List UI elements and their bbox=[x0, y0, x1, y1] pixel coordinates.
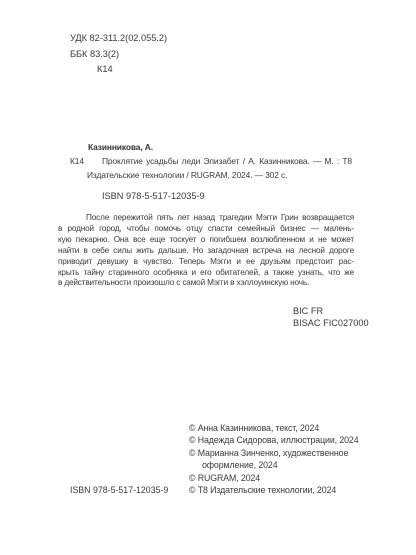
subject-codes: BIC FR BISAC FIC027000 bbox=[293, 305, 369, 330]
annotation-paragraph: После пережитой пять лет назад трагедии … bbox=[58, 213, 354, 289]
copyright-item: © Надежда Сидорова, иллюстрации, 2024 bbox=[189, 434, 399, 446]
record-author-heading: Казинникова, А. bbox=[70, 140, 352, 154]
copyright-item-continuation: оформление, 2024 bbox=[189, 459, 399, 471]
copyright-list: © Анна Казинникова, текст, 2024 © Надежд… bbox=[189, 422, 399, 496]
annotation-line: После пережитой пять лет назад трагедии … bbox=[58, 213, 354, 224]
classification-block: УДК 82-311.2(02.055.2) ББК 83.3(2) К14 bbox=[70, 31, 167, 78]
record-title-line: К14 Проклятие усадьбы леди Элизабет / А.… bbox=[70, 154, 352, 168]
bic-code: BIC FR bbox=[293, 305, 369, 317]
author-sign: К14 bbox=[70, 62, 167, 78]
record-continuation-line: Издательские технологии / RUGRAM, 2024. … bbox=[70, 168, 352, 182]
copyright-item: © Марианна Зинченко, художественное bbox=[189, 447, 399, 459]
bisac-code: BISAC FIC027000 bbox=[293, 317, 369, 329]
annotation-line: в родной город, чтобы помочь отцу спасти… bbox=[58, 224, 354, 235]
udk-code: УДК 82-311.2(02.055.2) bbox=[70, 31, 167, 47]
annotation-line: найти в себе силы жить дальше. Но загадо… bbox=[58, 246, 354, 257]
record-author-sign: К14 bbox=[70, 154, 102, 168]
copyright-item: © RUGRAM, 2024 bbox=[189, 472, 399, 484]
book-imprint-page: УДК 82-311.2(02.055.2) ББК 83.3(2) К14 К… bbox=[0, 0, 416, 555]
annotation-line: приводит девушку в чувство. Теперь Мэгги… bbox=[58, 257, 354, 268]
record-title-text: Проклятие усадьбы леди Элизабет / А. Каз… bbox=[102, 154, 352, 168]
annotation-line: крыть тайну старинного особняка и его об… bbox=[58, 268, 354, 279]
annotation-line: в действительности произошло с самой Мэг… bbox=[58, 278, 354, 289]
isbn-top: ISBN 978-5-517-12035-9 bbox=[102, 190, 205, 202]
bbk-code: ББК 83.3(2) bbox=[70, 47, 167, 63]
copyright-item: © Т8 Издательские технологии, 2024 bbox=[189, 484, 399, 496]
isbn-bottom: ISBN 978-5-517-12035-9 bbox=[70, 484, 168, 496]
catalog-record: Казинникова, А. К14 Проклятие усадьбы ле… bbox=[70, 140, 352, 182]
annotation-line: кую пекарню. Она все еще тоскует о погиб… bbox=[58, 235, 354, 246]
copyright-item: © Анна Казинникова, текст, 2024 bbox=[189, 422, 399, 434]
